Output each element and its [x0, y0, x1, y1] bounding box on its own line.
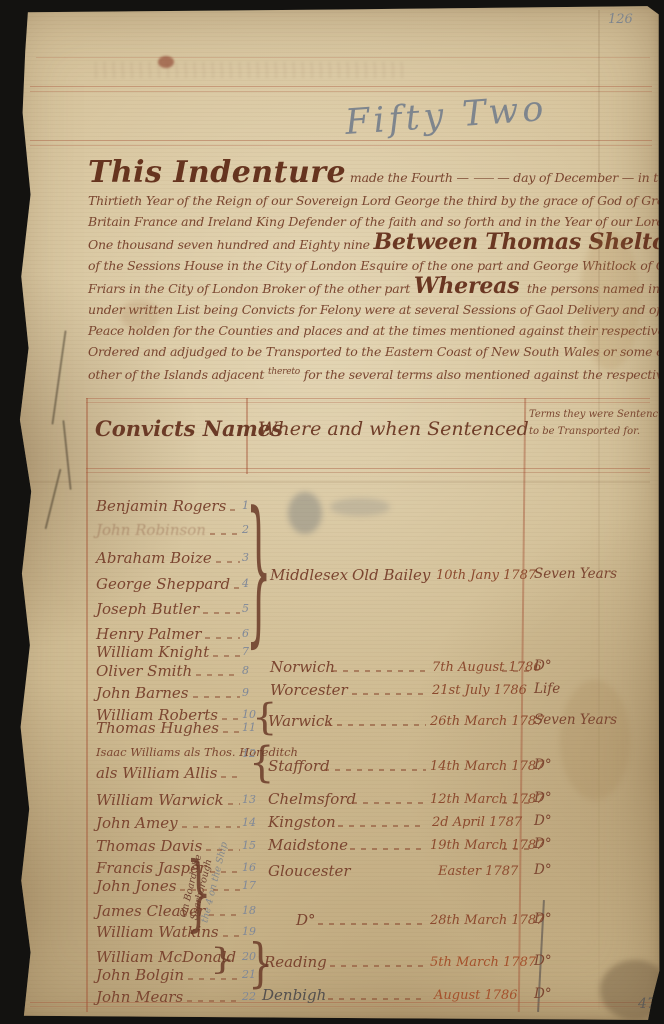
row-number: 16	[242, 861, 256, 874]
preamble-line: under written List being Convicts for Fe…	[88, 299, 648, 320]
preamble-text: the persons named in the	[527, 281, 664, 296]
preamble-text: Britain France and Ireland King Defender…	[88, 214, 664, 229]
sentence-term: D°	[534, 658, 552, 674]
dotted-leader	[502, 670, 530, 672]
indenture-preamble: This Indenture made the Fourth — ⸺ — day…	[88, 156, 648, 385]
crease-mark	[62, 420, 71, 490]
sentence-date: 12th March 1787	[430, 792, 544, 807]
sentence-place: Chelmsford	[268, 790, 356, 808]
preamble-text: of the Sessions House in the City of Lon…	[88, 258, 664, 273]
convict-name: William Warwick	[96, 791, 224, 809]
paper-stain	[560, 680, 630, 800]
emphasized-phrase: Between Thomas Shelton	[374, 229, 664, 255]
table-rule	[86, 402, 650, 403]
convict-row: George Sheppard	[96, 575, 242, 593]
convict-row: Henry Palmer	[96, 625, 242, 643]
column-header-convicts-names: Convicts Names	[95, 416, 283, 441]
emphasized-phrase: This Indenture	[88, 155, 346, 190]
dotted-leader	[209, 914, 240, 916]
dotted-leader	[330, 965, 424, 967]
dotted-leader	[221, 776, 240, 778]
sentence-term: D°	[534, 790, 552, 806]
grouping-brace: }	[248, 938, 273, 990]
convict-row: Joseph Butler	[96, 600, 242, 618]
corner-folio-number: 126	[608, 12, 633, 27]
convict-row: Oliver Smith	[96, 662, 242, 680]
convict-name: John Barnes	[96, 684, 189, 702]
convict-name: Thomas Hughes	[96, 719, 219, 737]
column-header-terms-line1: Terms they were Sentenced	[529, 409, 664, 420]
dotted-leader	[223, 935, 240, 937]
preamble-text: under written List being Convicts for Fe…	[88, 302, 664, 317]
sentence-term: Seven Years	[534, 712, 617, 728]
row-number: 15	[242, 839, 256, 852]
fold-line	[30, 481, 650, 483]
preamble-line: Friars in the City of London Broker of t…	[88, 276, 648, 299]
rule-line	[36, 57, 650, 58]
sentence-place: Gloucester	[268, 862, 351, 880]
smudge	[288, 492, 322, 534]
dotted-leader	[206, 849, 240, 851]
convict-row: James Cleaver	[96, 902, 242, 920]
dotted-leader	[203, 612, 240, 614]
sentence-term: D°	[534, 911, 552, 927]
convict-name: John Robinson	[96, 521, 206, 539]
dotted-leader	[210, 871, 240, 873]
grouping-brace: {	[252, 700, 277, 736]
convict-name: George Sheppard	[96, 575, 230, 593]
preamble-text: thereto	[268, 367, 300, 377]
table-rule	[86, 398, 650, 399]
convict-row: Thomas Davis	[96, 837, 242, 855]
convict-row: John Barnes	[96, 684, 242, 702]
row-number: 14	[242, 816, 256, 829]
table-rule	[30, 1006, 652, 1007]
paper-stain	[600, 960, 664, 1020]
crease-mark	[45, 469, 62, 530]
sentence-term: Seven Years	[534, 566, 617, 582]
page-number: 47	[638, 996, 656, 1012]
dotted-leader	[205, 637, 240, 639]
row-number: 17	[242, 879, 256, 892]
convict-count-label: Fifty Two	[344, 89, 549, 143]
sentence-place: Kingston	[268, 813, 336, 831]
sentence-date: August 1786	[434, 988, 518, 1003]
crease-mark	[51, 330, 66, 424]
dotted-leader	[324, 769, 426, 771]
preamble-line: One thousand seven hundred and Eighty ni…	[88, 232, 648, 255]
preamble-text: Thirtieth Year of the Reign of our Sover…	[88, 193, 664, 208]
grouping-brace: }	[186, 853, 211, 935]
grouping-brace: {	[249, 742, 274, 784]
convict-name: Abraham Boize	[96, 549, 212, 567]
convict-row: Benjamin Rogers	[96, 497, 242, 515]
sentence-date: 10th Jany 1787	[436, 568, 536, 583]
fold-line	[598, 10, 600, 1010]
rule-line	[30, 86, 652, 87]
sentence-term: D°	[534, 986, 552, 1002]
preamble-text: for the several terms also mentioned aga…	[300, 367, 664, 382]
sentence-place: Middlesex	[270, 566, 348, 584]
dotted-leader	[352, 802, 426, 804]
row-number: 13	[242, 793, 256, 806]
preamble-text: One thousand seven hundred and Eighty ni…	[88, 237, 374, 252]
row-number: 8	[242, 664, 249, 677]
sentence-date: 7th August 1786	[432, 660, 542, 675]
sentence-date: 28th March 1787	[430, 913, 544, 928]
preamble-line: This Indenture made the Fourth — ⸺ — day…	[88, 156, 648, 190]
preamble-line: Thirtieth Year of the Reign of our Sover…	[88, 190, 648, 211]
sentence-place: Maidstone	[268, 836, 348, 854]
convict-row: Francis Jasper	[96, 859, 242, 877]
convict-row: als William Allis	[96, 764, 242, 782]
convict-name: Oliver Smith	[96, 662, 192, 680]
sentence-place: Stafford	[268, 757, 330, 775]
dotted-leader	[196, 674, 240, 676]
convict-name: John Mears	[96, 988, 183, 1006]
preamble-text: made the Fourth — ⸺ — day of December — …	[346, 170, 664, 185]
grouping-brace: }	[246, 494, 271, 652]
sentence-date: 21st July 1786	[432, 683, 527, 698]
grouping-brace: }	[210, 944, 235, 974]
sentence-court: Old Bailey	[352, 566, 430, 584]
dotted-leader	[234, 587, 240, 589]
convict-name: William Knight	[96, 643, 209, 661]
dotted-leader	[213, 655, 240, 657]
dotted-leader	[182, 826, 240, 828]
convict-name: Joseph Butler	[96, 600, 199, 618]
sentence-date: 5th March 1787	[430, 955, 536, 970]
dotted-leader	[338, 825, 426, 827]
dotted-leader	[350, 848, 426, 850]
smudge	[330, 498, 390, 516]
rule-line	[30, 91, 652, 92]
dotted-leader	[223, 731, 240, 733]
emphasized-phrase: Whereas	[414, 273, 527, 299]
sentence-date: Easter 1787	[438, 864, 518, 879]
dotted-leader	[230, 509, 240, 511]
preamble-text: Friars in the City of London Broker of t…	[88, 281, 414, 296]
sentence-place: Norwich	[270, 658, 335, 676]
table-rule	[86, 472, 650, 473]
document-page: 126 Fifty Two This Indenture made the Fo…	[0, 0, 664, 1024]
sentence-place: D°	[296, 911, 316, 929]
column-header-where-when-sentenced: Where and when Sentenced	[258, 418, 529, 440]
sentence-date: 19th March 1787	[430, 838, 544, 853]
convict-row: John Jones	[96, 877, 242, 895]
convict-name: Henry Palmer	[96, 625, 201, 643]
preamble-line: Ordered and adjudged to be Transported t…	[88, 341, 648, 362]
row-number: 9	[242, 686, 249, 699]
preamble-line: other of the Islands adjacent thereto fo…	[88, 362, 648, 385]
convict-name: John Amey	[96, 814, 178, 832]
convict-row: John Mears	[96, 988, 242, 1006]
bleed-through-writing	[95, 62, 405, 78]
row-number: 18	[242, 904, 256, 917]
dotted-leader	[328, 998, 424, 1000]
sentence-term: D°	[534, 757, 552, 773]
convict-row: William Watkins	[96, 923, 242, 941]
preamble-text: Ordered and adjudged to be Transported t…	[88, 344, 664, 359]
preamble-line: Peace holden for the Counties and places…	[88, 320, 648, 341]
preamble-text: Peace holden for the Counties and places…	[88, 323, 664, 338]
dotted-leader	[210, 533, 240, 535]
sentence-term: D°	[534, 953, 552, 969]
rule-line	[30, 140, 652, 141]
dotted-leader	[187, 1000, 240, 1002]
table-rule	[86, 468, 650, 469]
sentence-date: 14th March 1787	[430, 759, 544, 774]
dotted-leader	[352, 693, 428, 695]
convict-row: John Amey	[96, 814, 242, 832]
dotted-leader	[502, 848, 530, 850]
dotted-leader	[193, 696, 240, 698]
sentence-term: D°	[534, 813, 552, 829]
convict-row: William Warwick	[96, 791, 242, 809]
sentence-term: D°	[534, 836, 552, 852]
dotted-leader	[216, 561, 240, 563]
dotted-leader	[188, 978, 240, 980]
dotted-leader	[228, 803, 240, 805]
convict-name: Benjamin Rogers	[96, 497, 226, 515]
dotted-leader	[318, 923, 426, 925]
convict-name: John Jones	[96, 877, 176, 895]
sentence-place: Warwick	[268, 712, 333, 730]
sentence-term: D°	[534, 862, 552, 878]
preamble-line: of the Sessions House in the City of Lon…	[88, 255, 648, 276]
convict-row: Thomas Hughes	[96, 719, 242, 737]
convict-row: William Knight	[96, 643, 242, 661]
sentence-date: 2d April 1787	[432, 815, 522, 830]
sentence-date: 26th March 1787	[430, 714, 544, 729]
dotted-leader	[332, 670, 428, 672]
preamble-text: other of the Islands adjacent	[88, 367, 268, 382]
convict-row: John Robinson	[96, 521, 242, 539]
dotted-leader	[326, 724, 426, 726]
convict-row: Abraham Boize	[96, 549, 242, 567]
convict-name: John Bolgin	[96, 966, 184, 984]
convict-row: Isaac Williams als Thos. Horeditch	[96, 745, 242, 759]
dotted-leader	[502, 802, 530, 804]
rule-line	[30, 145, 652, 146]
manuscript-screenshot: 126 Fifty Two This Indenture made the Fo…	[0, 0, 664, 1024]
column-header-terms-line2: to be Transported for.	[529, 426, 640, 437]
sentence-place: Worcester	[270, 681, 348, 699]
convict-alias: als William Allis	[96, 764, 217, 782]
sentence-term: Life	[534, 681, 560, 697]
table-column-line	[86, 398, 88, 1012]
